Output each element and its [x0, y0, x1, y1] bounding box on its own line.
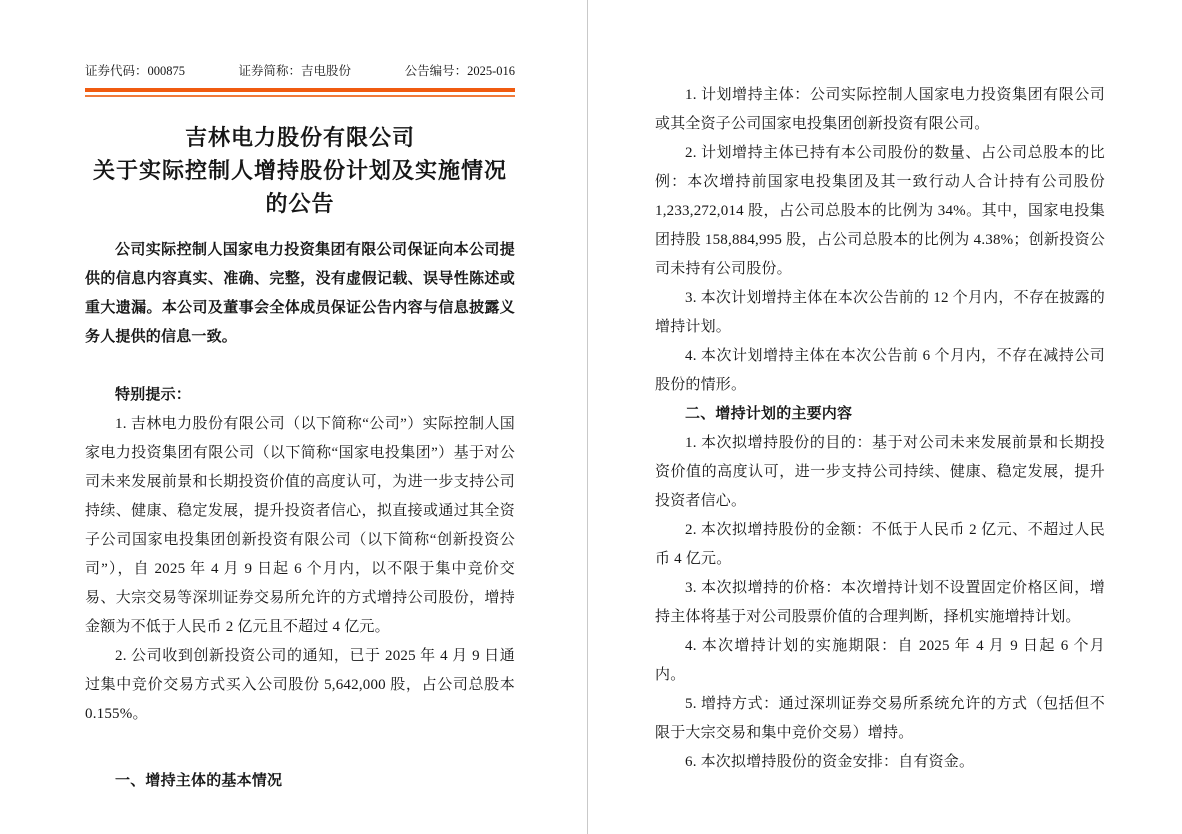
stock-code: 证券代码：000875	[85, 62, 185, 80]
special-note-item-1: 1. 吉林电力股份有限公司（以下简称“公司”）实际控制人国家电力投资集团有限公司…	[85, 410, 515, 642]
section-1-item-3: 3. 本次计划增持主体在本次公告前的 12 个月内，不存在披露的增持计划。	[655, 284, 1105, 342]
section-1-heading: 一、增持主体的基本情况	[85, 767, 515, 796]
section-2-heading: 二、增持计划的主要内容	[655, 400, 1105, 429]
section-1-item-1: 1. 计划增持主体：公司实际控制人国家电力投资集团有限公司或其全资子公司国家电投…	[655, 81, 1105, 139]
document-viewer: 证券代码：000875 证券简称：吉电股份 公告编号：2025-016 吉林电力…	[0, 0, 1182, 834]
controller-guarantee-statement: 公司实际控制人国家电力投资集团有限公司保证向本公司提供的信息内容真实、准确、完整…	[85, 236, 515, 352]
securities-header: 证券代码：000875 证券简称：吉电股份 公告编号：2025-016	[85, 62, 515, 80]
header-double-rule	[85, 88, 515, 97]
section-2-item-3: 3. 本次拟增持的价格：本次增持计划不设置固定价格区间，增持主体将基于对公司股票…	[655, 574, 1105, 632]
announcement-title: 吉林电力股份有限公司 关于实际控制人增持股份计划及实施情况 的公告	[85, 121, 515, 220]
document-page-2: 1. 计划增持主体：公司实际控制人国家电力投资集团有限公司或其全资子公司国家电投…	[588, 0, 1182, 834]
title-line-1: 吉林电力股份有限公司	[185, 125, 415, 150]
section-2-item-5: 5. 增持方式：通过深圳证券交易所系统允许的方式（包括但不限于大宗交易和集中竞价…	[655, 690, 1105, 748]
section-2-item-4: 4. 本次增持计划的实施期限：自 2025 年 4 月 9 日起 6 个月内。	[655, 632, 1105, 690]
title-line-3: 的公告	[265, 191, 334, 216]
special-note-item-2: 2. 公司收到创新投资公司的通知，已于 2025 年 4 月 9 日通过集中竞价…	[85, 642, 515, 729]
special-note-heading: 特别提示：	[85, 381, 515, 410]
stock-name: 证券简称：吉电股份	[239, 62, 352, 80]
section-2-item-2: 2. 本次拟增持股份的金额：不低于人民币 2 亿元、不超过人民币 4 亿元。	[655, 516, 1105, 574]
section-1-item-2: 2. 计划增持主体已持有本公司股份的数量、占公司总股本的比例：本次增持前国家电投…	[655, 139, 1105, 284]
title-line-2: 关于实际控制人增持股份计划及实施情况	[93, 158, 507, 183]
section-1-item-4: 4. 本次计划增持主体在本次公告前 6 个月内，不存在减持公司股份的情形。	[655, 342, 1105, 400]
document-page-1: 证券代码：000875 证券简称：吉电股份 公告编号：2025-016 吉林电力…	[0, 0, 587, 834]
section-2-item-1: 1. 本次拟增持股份的目的：基于对公司未来发展前景和长期投资价值的高度认可，进一…	[655, 429, 1105, 516]
section-2-item-6: 6. 本次拟增持股份的资金安排：自有资金。	[655, 748, 1105, 777]
announcement-number: 公告编号：2025-016	[405, 62, 515, 80]
